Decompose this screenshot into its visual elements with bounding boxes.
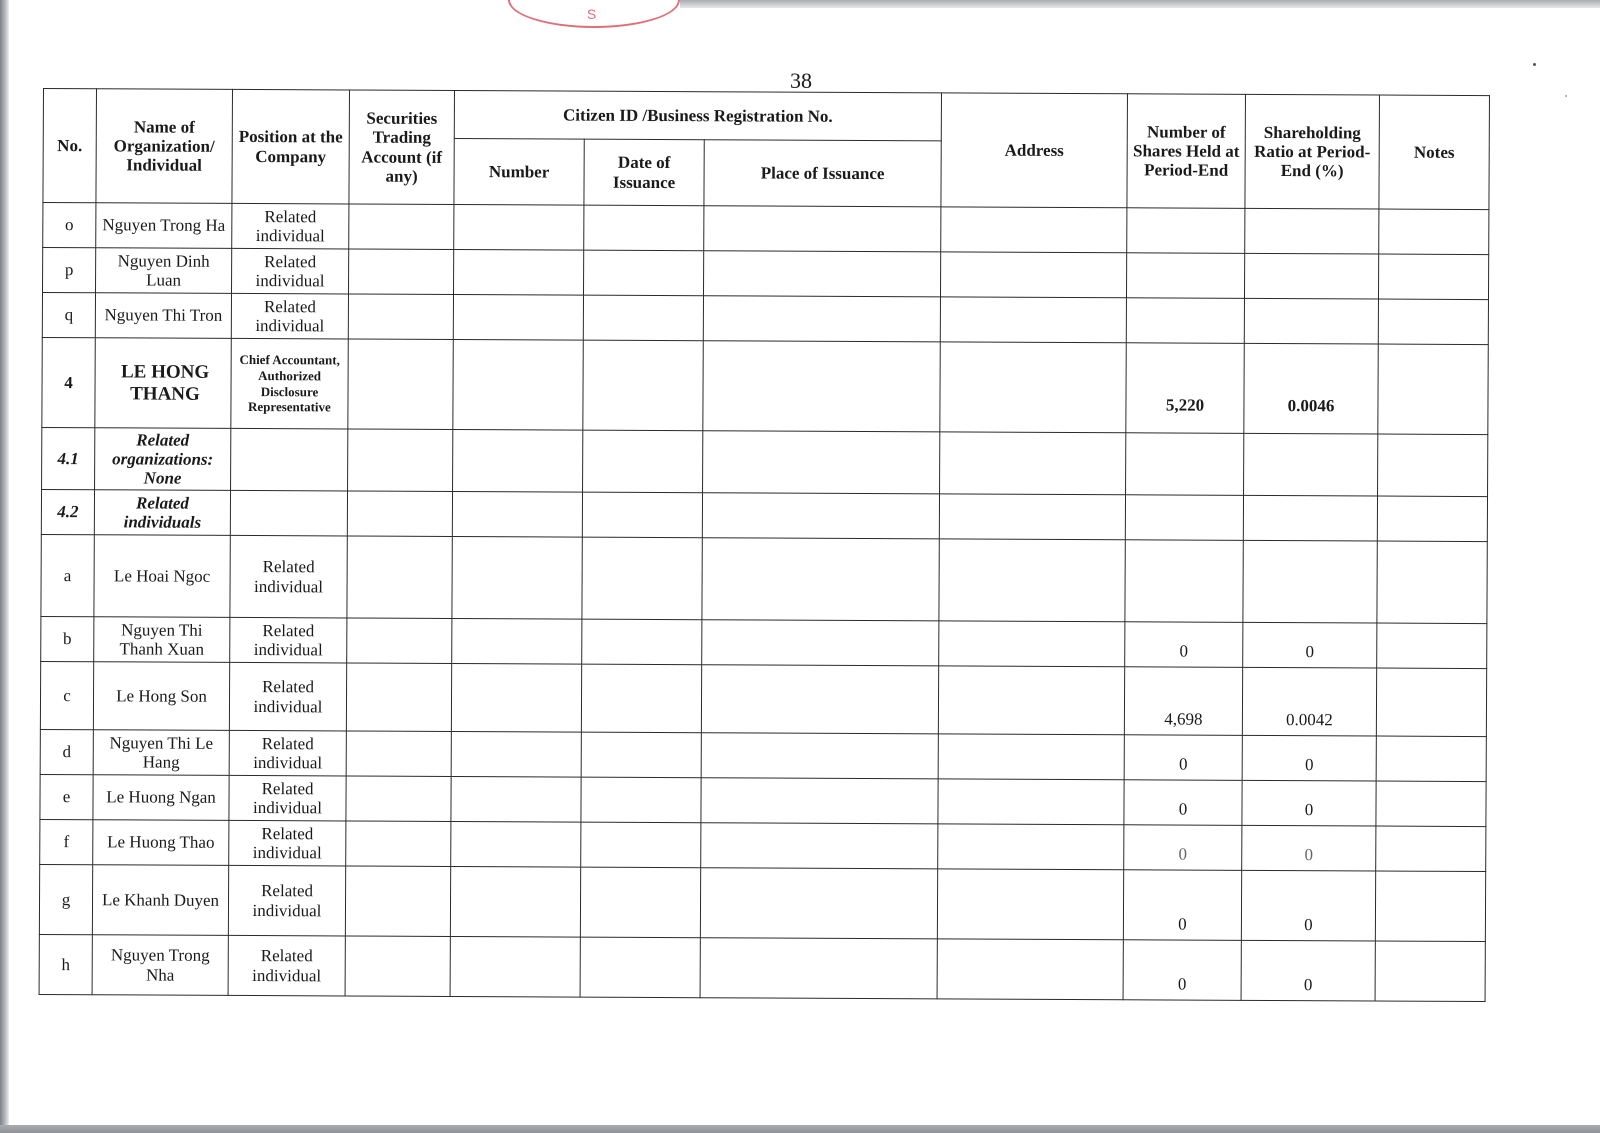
cell-notes (1377, 541, 1487, 624)
cell-name: LE HONG THANG (95, 338, 231, 429)
cell-no: b (41, 616, 94, 661)
cell-ratio: 0 (1243, 622, 1377, 668)
cell-shares: 0 (1123, 870, 1241, 941)
table-row: bNguyen Thi Thanh XuanRelated individual… (41, 616, 1487, 668)
cell-position (230, 490, 347, 536)
cell-notes (1375, 871, 1485, 942)
cell-notes (1377, 496, 1487, 542)
table-row: dNguyen Thi Le HangRelated individual00 (40, 729, 1486, 781)
cell-shares: 0 (1124, 735, 1242, 781)
page-number: 38 (790, 68, 812, 94)
cell-notes (1376, 781, 1486, 827)
cell-ratio: 0 (1242, 735, 1376, 781)
cell-place-of-issuance (701, 733, 938, 779)
scan-left-edge-shadow (0, 0, 9, 1133)
cell-notes (1377, 623, 1487, 669)
cell-id-number (451, 664, 581, 733)
cell-id-number (450, 937, 580, 998)
cell-position: Related individual (230, 617, 347, 663)
cell-no: e (40, 774, 93, 819)
cell-no: d (40, 729, 93, 774)
cell-date-of-issuance (583, 430, 703, 493)
red-company-seal-stamp: S (508, 0, 680, 28)
table-row: 4LE HONG THANGChief Accountant, Authoriz… (42, 337, 1488, 434)
cell-position: Chief Accountant, Authorized Disclosure … (231, 338, 348, 429)
cell-position: Related individual (228, 865, 345, 936)
cell-date-of-issuance (583, 340, 703, 431)
cell-name: Related organizations: None (95, 428, 231, 491)
cell-name: Nguyen Trong Nha (92, 935, 228, 996)
cell-name: Nguyen Thi Tron (95, 293, 231, 339)
table-row: gLe Khanh DuyenRelated individual00 (39, 864, 1485, 941)
cell-shares: 0 (1124, 780, 1242, 826)
cell-date-of-issuance (582, 537, 702, 620)
cell-place-of-issuance (701, 823, 938, 869)
cell-address (939, 539, 1125, 622)
cell-place-of-issuance (703, 431, 940, 494)
cell-date-of-issuance (582, 619, 702, 665)
cell-notes (1376, 668, 1486, 737)
table-row: 4.1Related organizations: None (42, 427, 1488, 496)
cell-id-number (451, 777, 581, 823)
cell-notes (1379, 209, 1489, 255)
header-securities-account: Securities Trading Account (if any) (349, 90, 455, 205)
cell-shares: 4,698 (1124, 667, 1242, 736)
header-shares-held: Number of Shares Held at Period-End (1127, 94, 1246, 209)
cell-position: Related individual (229, 730, 346, 776)
cell-no: c (40, 661, 93, 729)
table-row: cLe Hong SonRelated individual4,6980.004… (40, 661, 1486, 736)
cell-place-of-issuance (700, 868, 937, 939)
cell-place-of-issuance (702, 493, 939, 539)
header-address: Address (941, 93, 1128, 208)
cell-date-of-issuance (581, 732, 701, 778)
cell-ratio (1245, 253, 1379, 299)
cell-position: Related individual (228, 935, 345, 996)
table-row: 4.2Related individuals (41, 489, 1487, 541)
cell-address (940, 297, 1126, 343)
cell-date-of-issuance (584, 205, 704, 251)
cell-shares (1125, 495, 1243, 541)
cell-shares: 0 (1124, 825, 1242, 871)
cell-securities-account (346, 663, 451, 732)
header-shareholding-ratio: Shareholding Ratio at Period-End (%) (1245, 94, 1380, 209)
cell-id-number (450, 867, 580, 938)
cell-ratio (1244, 433, 1378, 496)
cell-shares: 0 (1125, 622, 1243, 668)
cell-address (940, 342, 1126, 433)
cell-no: p (43, 248, 96, 293)
cell-no: h (39, 934, 92, 994)
cell-id-number (452, 619, 582, 665)
header-id-number: Number (454, 139, 584, 206)
scan-bottom-edge-shadow (0, 1125, 1600, 1133)
cell-place-of-issuance (703, 341, 940, 432)
cell-date-of-issuance (580, 867, 700, 938)
cell-name: Le Khanh Duyen (92, 865, 228, 936)
cell-date-of-issuance (583, 250, 703, 296)
cell-securities-account (346, 731, 451, 777)
cell-name: Le Hoai Ngoc (94, 535, 230, 618)
cell-place-of-issuance (702, 620, 939, 666)
cell-notes (1376, 736, 1486, 782)
cell-date-of-issuance (583, 295, 703, 341)
cell-ratio (1244, 298, 1378, 344)
header-name: Name of Organization/ Individual (96, 89, 233, 204)
cell-position: Related individual (229, 662, 346, 731)
header-place-of-issuance: Place of Issuance (704, 140, 941, 207)
cell-securities-account (345, 936, 450, 997)
scan-top-edge-shadow (680, 0, 1600, 8)
related-persons-shareholding-table: No. Name of Organization/ Individual Pos… (39, 88, 1490, 1002)
cell-place-of-issuance (704, 206, 941, 252)
cell-id-number (452, 537, 582, 620)
cell-securities-account (348, 294, 453, 340)
cell-ratio (1245, 208, 1379, 254)
cell-name: Le Huong Ngan (93, 775, 229, 821)
cell-shares (1127, 208, 1245, 254)
cell-ratio: 0 (1242, 825, 1376, 871)
cell-position: Related individual (231, 293, 348, 339)
cell-ratio: 0.0042 (1242, 667, 1376, 736)
cell-date-of-issuance (581, 822, 701, 868)
cell-address (937, 869, 1123, 940)
cell-no: f (40, 819, 93, 864)
cell-no: 4 (42, 337, 95, 427)
cell-no: 4.2 (41, 489, 94, 534)
cell-address (941, 252, 1127, 298)
cell-no: q (42, 293, 95, 338)
cell-name: Nguyen Thi Thanh Xuan (94, 617, 230, 663)
header-date-of-issuance: Date of Issuance (584, 139, 704, 206)
cell-address (938, 779, 1124, 825)
header-citizen-id-group: Citizen ID /Business Registration No. (454, 91, 941, 141)
cell-name: Related individuals (94, 490, 230, 536)
cell-address (938, 824, 1124, 870)
cell-name: Nguyen Dinh Luan (95, 248, 231, 294)
cell-ratio (1243, 495, 1377, 541)
cell-id-number (453, 250, 583, 296)
cell-shares (1126, 298, 1244, 344)
cell-date-of-issuance (581, 777, 701, 823)
table-row: aLe Hoai NgocRelated individual (41, 534, 1487, 623)
table-row: pNguyen Dinh LuanRelated individual (43, 248, 1489, 300)
cell-securities-account (346, 776, 451, 822)
cell-securities-account (348, 429, 453, 492)
cell-position: Related individual (231, 248, 348, 294)
cell-ratio (1243, 540, 1377, 623)
scan-speck (1533, 63, 1536, 66)
cell-shares (1126, 433, 1244, 496)
cell-securities-account (346, 821, 451, 867)
cell-address (939, 494, 1125, 540)
cell-notes (1379, 254, 1489, 300)
cell-notes (1378, 344, 1488, 435)
cell-id-number (454, 205, 584, 251)
cell-shares: 5,220 (1126, 343, 1244, 434)
cell-name: Le Hong Son (93, 662, 229, 731)
cell-position: Related individual (230, 535, 347, 618)
cell-name: Le Huong Thao (93, 820, 229, 866)
cell-ratio: 0 (1242, 780, 1376, 826)
cell-notes (1375, 941, 1485, 1002)
cell-address (941, 207, 1127, 253)
table-header: No. Name of Organization/ Individual Pos… (43, 89, 1490, 210)
cell-id-number (451, 822, 581, 868)
cell-securities-account (345, 866, 450, 937)
table-body: oNguyen Trong HaRelated individualpNguye… (39, 203, 1489, 1002)
cell-address (940, 432, 1126, 495)
cell-id-number (453, 340, 583, 431)
cell-address (937, 939, 1123, 1000)
cell-shares: 0 (1123, 940, 1241, 1001)
cell-address (938, 666, 1124, 735)
cell-place-of-issuance (703, 296, 940, 342)
cell-securities-account (347, 536, 452, 619)
cell-position (231, 428, 348, 491)
cell-position: Related individual (229, 820, 346, 866)
cell-no: a (41, 534, 94, 616)
cell-securities-account (347, 491, 452, 537)
cell-securities-account (348, 339, 453, 430)
table-row: hNguyen Trong NhaRelated individual00 (39, 934, 1485, 1001)
header-position: Position at the Company (232, 89, 350, 204)
table-row: oNguyen Trong HaRelated individual (43, 203, 1489, 255)
cell-date-of-issuance (581, 664, 701, 733)
cell-ratio: 0.0046 (1244, 343, 1378, 434)
cell-date-of-issuance (580, 937, 700, 998)
cell-id-number (453, 430, 583, 493)
cell-name: Nguyen Trong Ha (96, 203, 232, 249)
cell-securities-account (348, 249, 453, 295)
cell-place-of-issuance (700, 938, 937, 999)
cell-no: o (43, 203, 96, 248)
cell-place-of-issuance (701, 665, 938, 734)
cell-shares (1127, 253, 1245, 299)
table-row: fLe Huong ThaoRelated individual00 (40, 819, 1486, 871)
cell-no: 4.1 (42, 427, 95, 489)
cell-position: Related individual (229, 775, 346, 821)
cell-id-number (453, 295, 583, 341)
cell-place-of-issuance (703, 251, 940, 297)
cell-securities-account (349, 204, 454, 250)
cell-securities-account (347, 618, 452, 664)
cell-id-number (451, 732, 581, 778)
cell-shares (1125, 540, 1243, 623)
cell-date-of-issuance (582, 492, 702, 538)
header-notes: Notes (1379, 95, 1490, 210)
cell-place-of-issuance (702, 538, 939, 621)
table-row: qNguyen Thi TronRelated individual (42, 293, 1488, 345)
scan-speck (1565, 95, 1567, 97)
table-row: eLe Huong NganRelated individual00 (40, 774, 1486, 826)
cell-position: Related individual (232, 203, 349, 249)
cell-name: Nguyen Thi Le Hang (93, 730, 229, 776)
cell-ratio: 0 (1241, 940, 1375, 1001)
cell-notes (1376, 826, 1486, 872)
cell-address (939, 621, 1125, 667)
cell-no: g (39, 864, 92, 934)
cell-id-number (452, 492, 582, 538)
stamp-text: S (587, 6, 601, 22)
cell-notes (1378, 434, 1488, 497)
cell-notes (1378, 299, 1488, 345)
cell-place-of-issuance (701, 778, 938, 824)
cell-address (938, 734, 1124, 780)
header-no: No. (43, 89, 97, 203)
cell-ratio: 0 (1241, 870, 1375, 941)
